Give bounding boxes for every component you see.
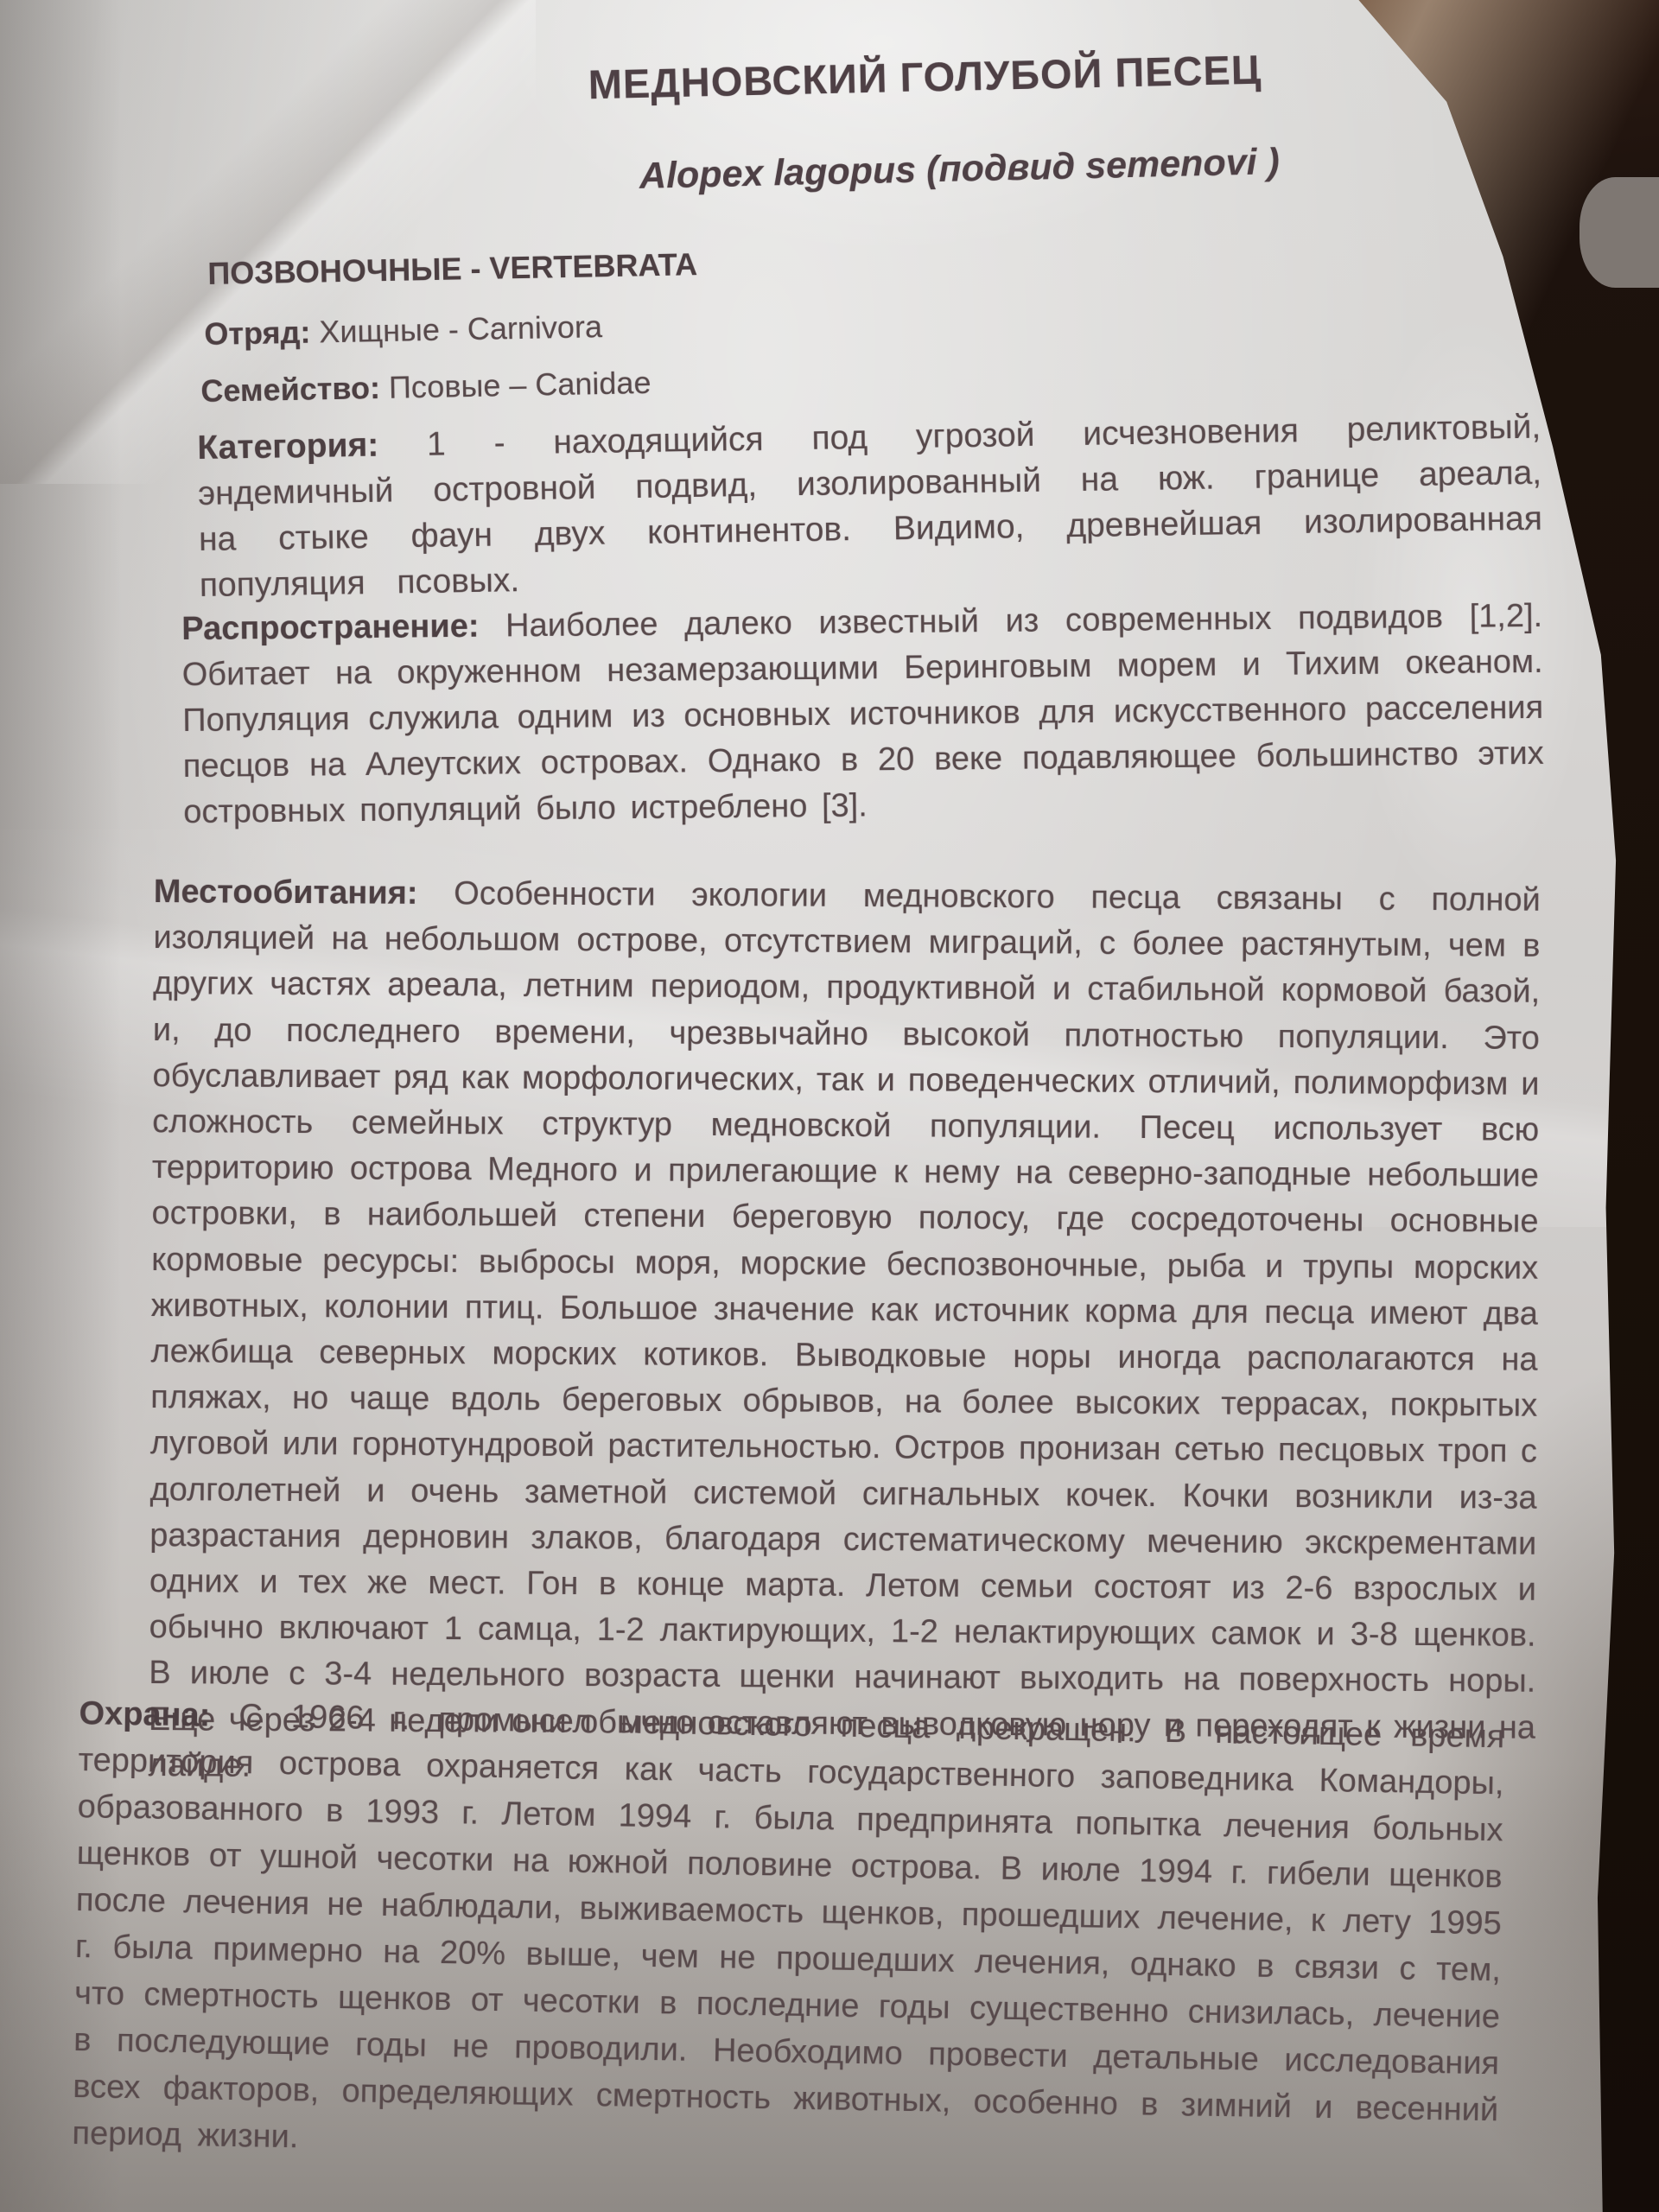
protection-text: С 1966 г. промысел медновского песца пре… bbox=[72, 1698, 1505, 2155]
family-value: Псовые – Canidae bbox=[389, 365, 652, 405]
category-text: 1 - находящийся под угрозой исчезновения… bbox=[198, 409, 1542, 604]
habitat-text: Особенности экологии медновского песца с… bbox=[149, 875, 1541, 1783]
distribution-section: Распространение: Наиболее далеко известн… bbox=[181, 594, 1544, 836]
distribution-label: Распространение: bbox=[181, 608, 480, 647]
habitat-label: Местообитания: bbox=[154, 874, 418, 912]
order-value: Хищные - Carnivora bbox=[319, 308, 602, 349]
protection-label: Охрана: bbox=[79, 1695, 210, 1734]
photo-of-document: МЕДНОВСКИЙ ГОЛУБОЙ ПЕСЕЦ Alopex lagopus … bbox=[0, 0, 1659, 2212]
category-label: Категория: bbox=[197, 427, 379, 467]
order-label: Отряд: bbox=[204, 315, 311, 352]
habitat-section: Местообитания: Особенности экологии медн… bbox=[149, 869, 1541, 1797]
protection-section: Охрана: С 1966 г. промысел медновского п… bbox=[72, 1690, 1505, 2180]
family-label: Семейство: bbox=[200, 370, 380, 409]
order-line: Отряд: Хищные - Carnivora bbox=[204, 308, 602, 353]
category-section: Категория: 1 - находящийся под угрозой и… bbox=[197, 404, 1543, 608]
